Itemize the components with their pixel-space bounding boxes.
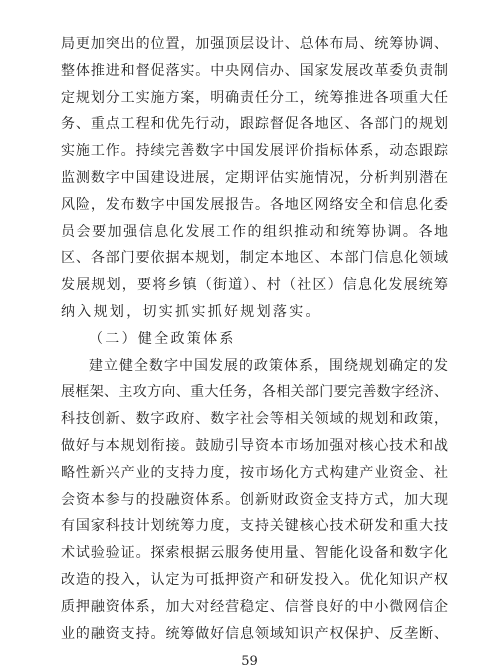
text-line: 发展规划，要将乡镇（街道）、村（社区）信息化发展统筹 [61, 272, 448, 299]
text-line: 区、各部门要依据本规划，制定本地区、本部门信息化领域 [61, 245, 448, 272]
text-line: 监测数字中国建设进展，定期评估实施情况，分析判别潜在 [61, 165, 448, 192]
text-line: 定规划分工实施方案，明确责任分工，统筹推进各项重大任 [61, 85, 448, 112]
text-line: 建立健全数字中国发展的政策体系，围绕规划确定的发 [61, 353, 448, 380]
text-line: 科技创新、数字政府、数字社会等相关领域的规划和政策， [61, 406, 448, 433]
page-number: 59 [241, 654, 258, 669]
document-page: 局更加突出的位置，加强顶层设计、总体布局、统筹协调、整体推进和督促落实。中央网信… [0, 0, 499, 671]
text-line: 纳入规划，切实抓实抓好规划落实。 [61, 299, 448, 326]
text-line: 员会要加强信息化发展工作的组织推动和统筹协调。各地 [61, 219, 448, 246]
text-line: 略性新兴产业的支持力度，按市场化方式构建产业资金、社 [61, 460, 448, 487]
text-line: 风险，发布数字中国发展报告。各地区网络安全和信息化委 [61, 192, 448, 219]
text-line: 做好与本规划衔接。鼓励引导资本市场加强对核心技术和战 [61, 433, 448, 460]
text-line: 展框架、主攻方向、重大任务，各相关部门要完善数字经济、 [61, 379, 448, 406]
page-footer: 59 [0, 650, 499, 669]
text-line: 会资本参与的投融资体系。创新财政资金支持方式，加大现 [61, 487, 448, 514]
text-line: 改造的投入，认定为可抵押资产和研发投入。优化知识产权 [61, 567, 448, 594]
text-line: 实施工作。持续完善数字中国发展评价指标体系，动态跟踪 [61, 138, 448, 165]
text-line: （二）健全政策体系 [61, 326, 448, 353]
text-line: 有国家科技计划统筹力度，支持关键核心技术研发和重大技 [61, 513, 448, 540]
text-line: 务、重点工程和优先行动，跟踪督促各地区、各部门的规划 [61, 111, 448, 138]
text-line: 术试验验证。探索根据云服务使用量、智能化设备和数字化 [61, 540, 448, 567]
text-line: 质押融资体系，加大对经营稳定、信誉良好的中小微网信企 [61, 594, 448, 621]
text-line: 业的融资支持。统筹做好信息领域知识产权保护、反垄断、 [61, 621, 448, 648]
text-line: 整体推进和督促落实。中央网信办、国家发展改革委负责制 [61, 58, 448, 85]
document-body-text: 局更加突出的位置，加强顶层设计、总体布局、统筹协调、整体推进和督促落实。中央网信… [61, 31, 448, 647]
text-line: 局更加突出的位置，加强顶层设计、总体布局、统筹协调、 [61, 31, 448, 58]
